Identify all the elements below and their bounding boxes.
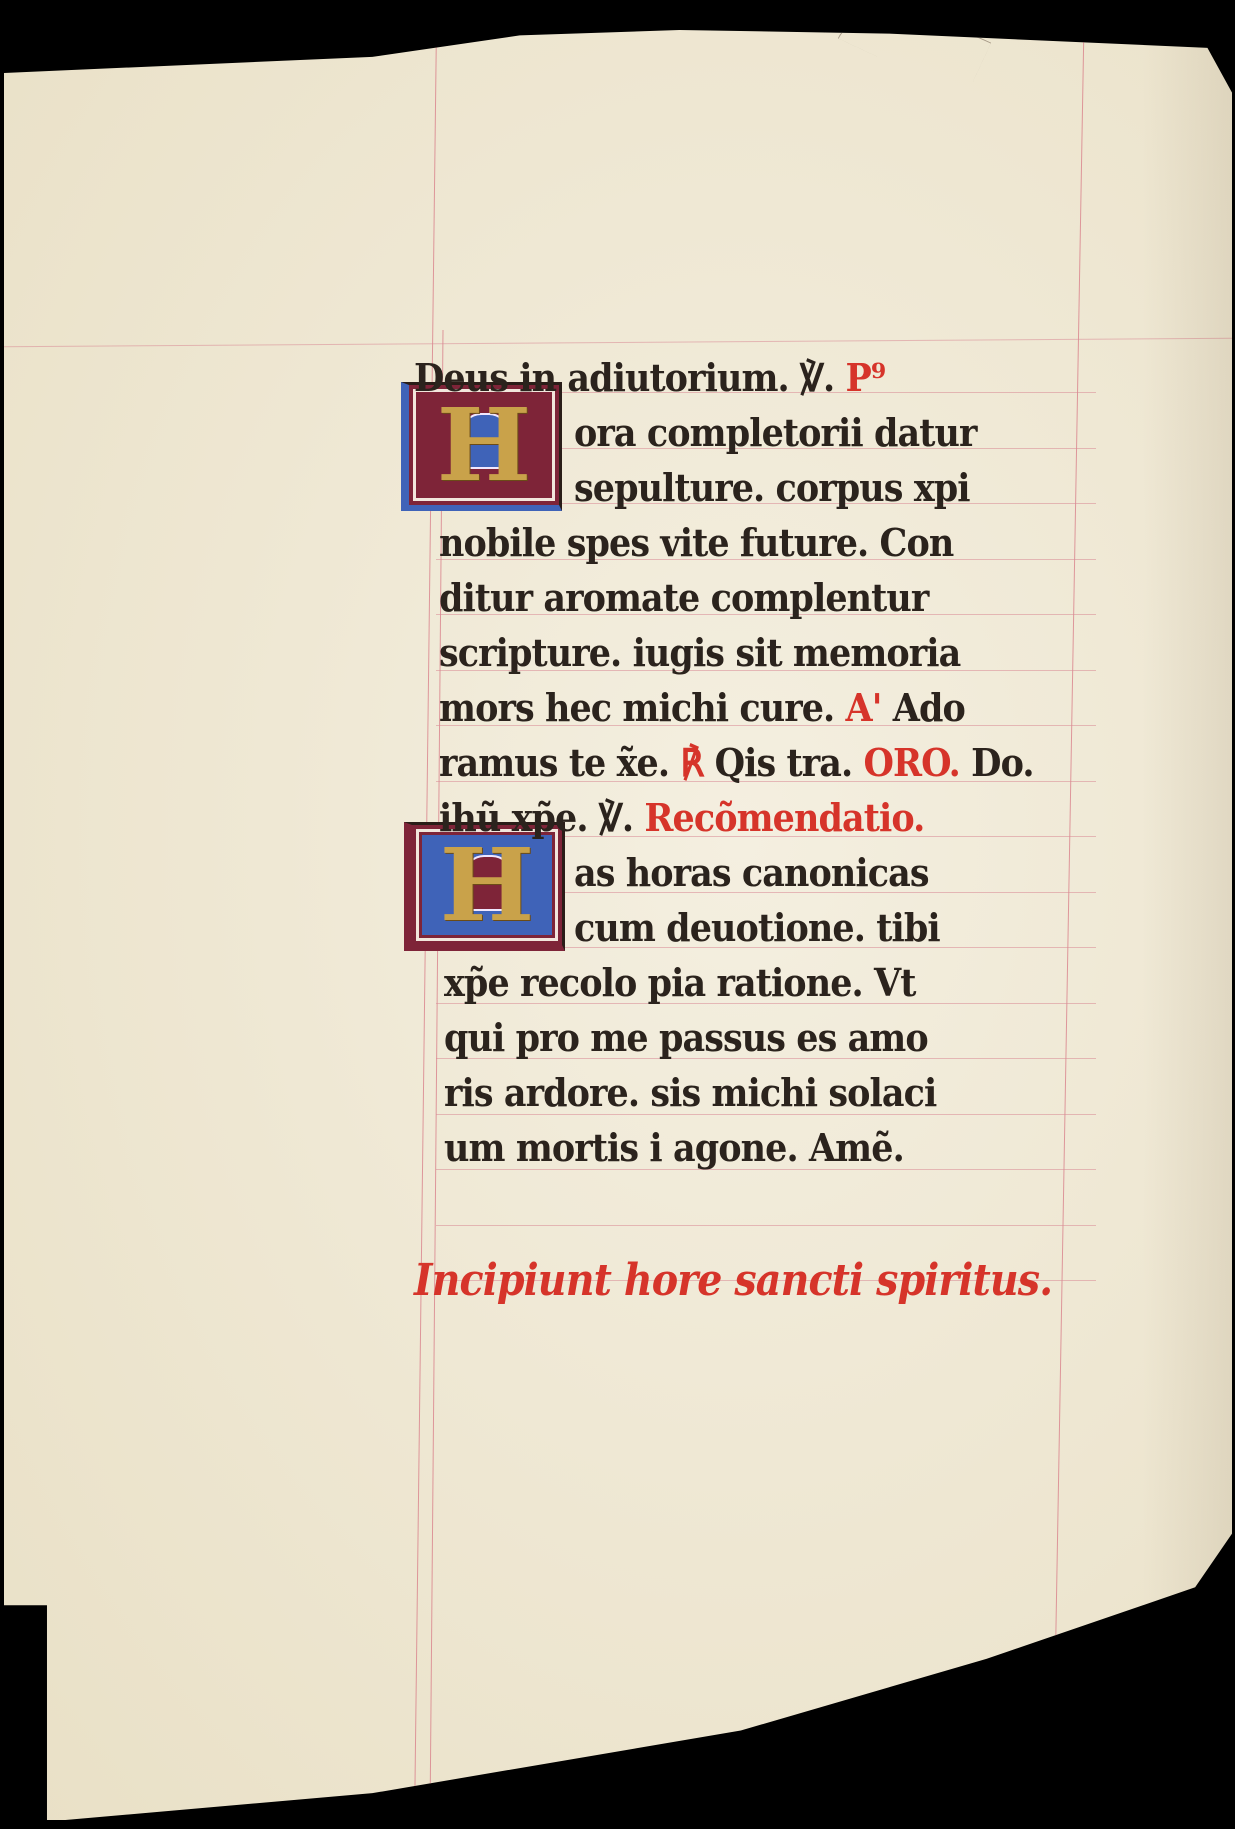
- text-line-11: cum deuotione. tibi: [574, 905, 940, 950]
- rubric: ORO.: [864, 740, 960, 785]
- manuscript-page: H H Deus in adiutorium. ℣. P⁹ ora comple…: [4, 30, 1232, 1820]
- initial-letter: H: [440, 835, 534, 935]
- ruling-line: [436, 1225, 1096, 1226]
- rubric-heading: Incipiunt hore sancti spiritus.: [414, 1255, 1052, 1306]
- rubric: ℟: [680, 740, 703, 785]
- text-line-6: scripture. iugis sit memoria: [439, 630, 960, 675]
- pen-stroke-mark: [838, 0, 992, 98]
- initial-letter: H: [437, 395, 531, 495]
- text-line-7: mors hec michi cure. A' Ado: [439, 685, 965, 730]
- text-line-5: ditur aromate complentur: [439, 575, 928, 620]
- text-line-13: qui pro me passus es amo: [444, 1015, 928, 1060]
- text-line-14: ris ardore. sis michi solaci: [444, 1070, 936, 1115]
- ruling-line-right: [1053, 30, 1085, 1790]
- text-line-4: nobile spes vite future. Con: [439, 520, 953, 565]
- rubric-recommendatio: Recõmendatio.: [644, 795, 924, 840]
- text-line-9: ihũ xp̃e. ℣. Recõmendatio.: [439, 795, 924, 840]
- illuminated-initial-h-2: H: [404, 822, 565, 951]
- text-line-8: ramus te x̃e. ℟ Qis tra. ORO. Do.: [439, 740, 1034, 785]
- illuminated-initial-h-1: H: [401, 382, 562, 511]
- rubric: A': [846, 685, 882, 730]
- ruling-line-top: [4, 338, 1232, 348]
- rubric: P⁹: [846, 355, 886, 400]
- text-line-2: ora completorii datur: [574, 410, 977, 455]
- text-line-3: sepulture. corpus xpi: [574, 465, 970, 510]
- text-line-1: Deus in adiutorium. ℣. P⁹: [414, 355, 885, 400]
- text-line-12: xp̃e recolo pia ratione. Vt: [444, 960, 915, 1005]
- text-line-10: as horas canonicas: [574, 850, 929, 895]
- text-line-15: um mortis i agone. Amẽ.: [444, 1125, 904, 1170]
